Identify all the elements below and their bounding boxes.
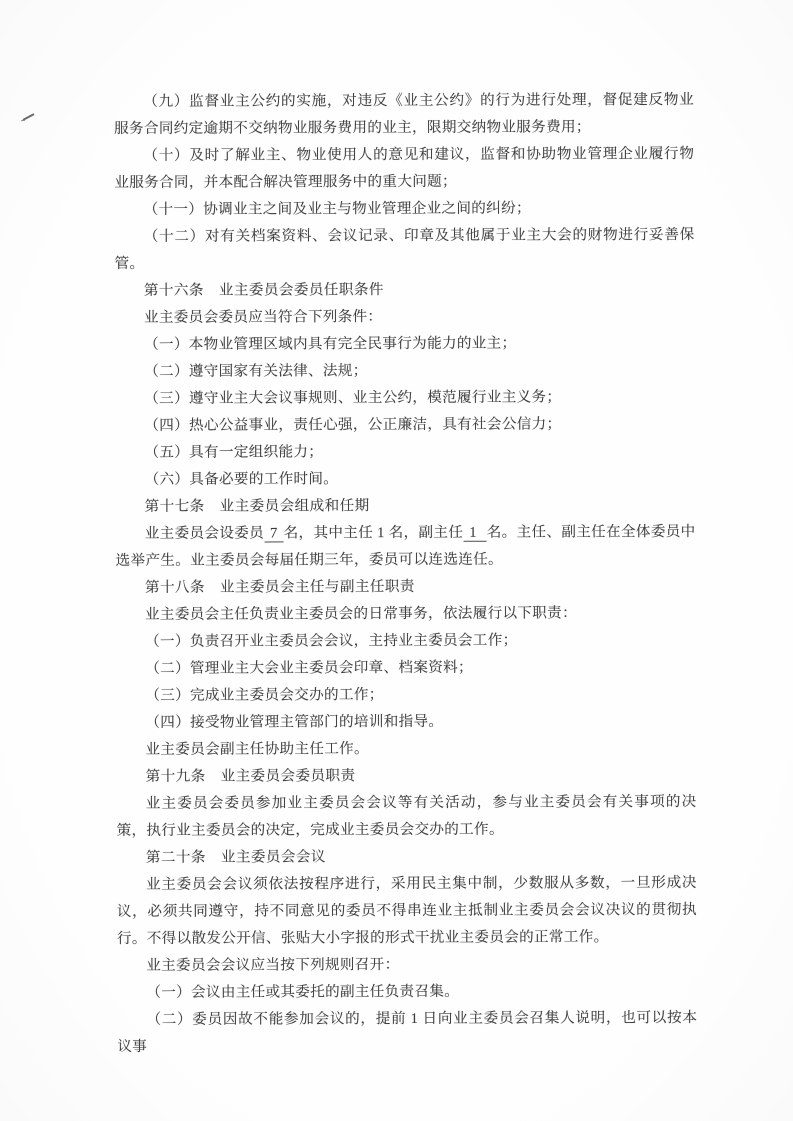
paragraph: 业主委员会设委员 7 名，其中主任 1 名，副主任 1 名。主任、副主任在全体委… <box>116 519 696 575</box>
paragraph: 业主委员会主任负责业主委员会的日常事务，依法履行以下职责： <box>116 600 696 629</box>
section-heading: 第十六条 业主委员会委员任职条件 <box>115 276 695 305</box>
text-run: 名，其中主任 1 名，副主任 <box>284 525 464 542</box>
text-run: （十二）对有关档案资料、会议记录、印章及其他属于业主大会的财物进行妥善保管。 <box>115 227 695 272</box>
text-run: （四）接受物业管理主管部门的培训和指导。 <box>145 714 443 731</box>
paragraph: （一）负责召开业主委员会会议，主持业主委员会工作； <box>116 627 696 656</box>
paragraph: （十一）协调业主之间及业主与物业管理企业之间的纠纷； <box>114 195 694 224</box>
section-heading: 第十九条 业主委员会委员职责 <box>116 762 696 791</box>
section-heading: 第十八条 业主委员会主任与副主任职责 <box>116 573 696 602</box>
text-run: （一）本物业管理区域内具有完全民事行为能力的业主； <box>144 336 516 353</box>
paragraph: （六）具备必要的工作时间。 <box>115 465 695 494</box>
paragraph: （五）具有一定组织能力； <box>115 438 695 467</box>
section-heading: 第十七条 业主委员会组成和任期 <box>115 492 695 521</box>
text-run: 业主委员会副主任协助主任工作。 <box>145 741 368 758</box>
paragraph: （十二）对有关档案资料、会议记录、印章及其他属于业主大会的财物进行妥善保管。 <box>114 222 694 278</box>
text-run: 业主委员会主任负责业主委员会的日常事务，依法履行以下职责： <box>145 605 577 623</box>
text-run: 第十八条 业主委员会主任与副主任职责 <box>145 579 415 596</box>
scanned-page: （九）监督业主公约的实施，对违反《业主公约》的行为进行处理，督促建反物业服务合同… <box>0 0 793 1121</box>
text-run: 第十六条 业主委员会委员任职条件 <box>144 282 384 299</box>
text-run: （四）热心公益事业，责任心强，公正廉洁，具有社会公信力； <box>144 416 561 433</box>
text-run: （二）委员因故不能参加会议的，提前 1 日向业主委员会召集人说明，也可以按本议事 <box>117 1010 697 1055</box>
text-run: （三）完成业主委员会交办的工作； <box>145 687 383 704</box>
paragraph: 业主委员会会议须依法按程序进行，采用民主集中制，少数服从多数，一旦形成决议，必须… <box>117 870 697 953</box>
filled-blank: 1 <box>463 525 487 542</box>
text-run: （三）遵守业主大会议事规则、业主公约，模范履行业主义务； <box>144 389 561 406</box>
text-run: （十一）协调业主之间及业主与物业管理企业之间的纠纷； <box>144 201 531 218</box>
paragraph: （三）完成业主委员会交办的工作； <box>116 681 696 710</box>
paragraph: （一）会议由主任或其委托的副主任负责召集。 <box>117 978 697 1007</box>
paragraph: 业主委员会副主任协助主任工作。 <box>116 735 696 764</box>
paragraph: （二）管理业主大会业主委员会印章、档案资料； <box>116 654 696 683</box>
paragraph: （十）及时了解业主、物业使用人的意见和建议，监督和协助物业管理企业履行物业服务合… <box>114 141 694 197</box>
text-run: 第十七条 业主委员会组成和任期 <box>145 498 370 515</box>
text-run: （二）管理业主大会业主委员会印章、档案资料； <box>145 660 473 677</box>
paragraph: （二）委员因故不能参加会议的，提前 1 日向业主委员会召集人说明，也可以按本议事 <box>117 1005 697 1061</box>
text-run: （十）及时了解业主、物业使用人的意见和建议，监督和协助物业管理企业履行物业服务合… <box>114 146 694 191</box>
text-run: （一）负责召开业主委员会会议，主持业主委员会工作； <box>145 633 517 650</box>
paragraph: 业主委员会会议应当按下列规则召开： <box>117 951 697 980</box>
paragraph: 业主委员会委员应当符合下列条件： <box>115 303 695 332</box>
text-run: （一）会议由主任或其委托的副主任负责召集。 <box>146 984 459 1001</box>
text-run: （九）监督业主公约的实施，对违反《业主公约》的行为进行处理，督促建反物业服务合同… <box>114 92 694 137</box>
text-run: 第二十条 业主委员会会议 <box>146 849 326 866</box>
text-run: （六）具备必要的工作时间。 <box>145 471 339 488</box>
document-text: （九）监督业主公约的实施，对违反《业主公约》的行为进行处理，督促建反物业服务合同… <box>114 87 697 1061</box>
text-run: 业主委员会委员应当符合下列条件： <box>144 309 382 326</box>
text-run: （五）具有一定组织能力； <box>144 444 323 461</box>
paragraph: 业主委员会委员参加业主委员会会议等有关活动，参与业主委员会有关事项的决策，执行业… <box>116 789 696 845</box>
text-run: （二）遵守国家有关法律、法规； <box>144 363 367 380</box>
paragraph: （九）监督业主公约的实施，对违反《业主公约》的行为进行处理，督促建反物业服务合同… <box>114 87 694 143</box>
section-heading: 第二十条 业主委员会会议 <box>117 843 697 872</box>
pen-stroke-mark <box>22 113 34 121</box>
paragraph: （四）接受物业管理主管部门的培训和指导。 <box>116 708 696 737</box>
text-run: 第十九条 业主委员会委员职责 <box>146 768 356 785</box>
paragraph: （二）遵守国家有关法律、法规； <box>115 357 695 386</box>
paragraph: （一）本物业管理区域内具有完全民事行为能力的业主； <box>115 330 695 359</box>
paragraph: （三）遵守业主大会议事规则、业主公约，模范履行业主义务； <box>115 384 695 413</box>
text-run: 业主委员会设委员 <box>145 525 264 541</box>
paragraph: （四）热心公益事业，责任心强，公正廉洁，具有社会公信力； <box>115 411 695 440</box>
text-run: 业主委员会委员参加业主委员会会议等有关活动，参与业主委员会有关事项的决策，执行业… <box>117 794 697 839</box>
text-run: 业主委员会会议应当按下列规则召开： <box>146 957 399 974</box>
text-run: 业主委员会会议须依法按程序进行，采用民主集中制，少数服从多数，一旦形成决议，必须… <box>117 875 697 947</box>
filled-blank: 7 <box>264 525 284 542</box>
